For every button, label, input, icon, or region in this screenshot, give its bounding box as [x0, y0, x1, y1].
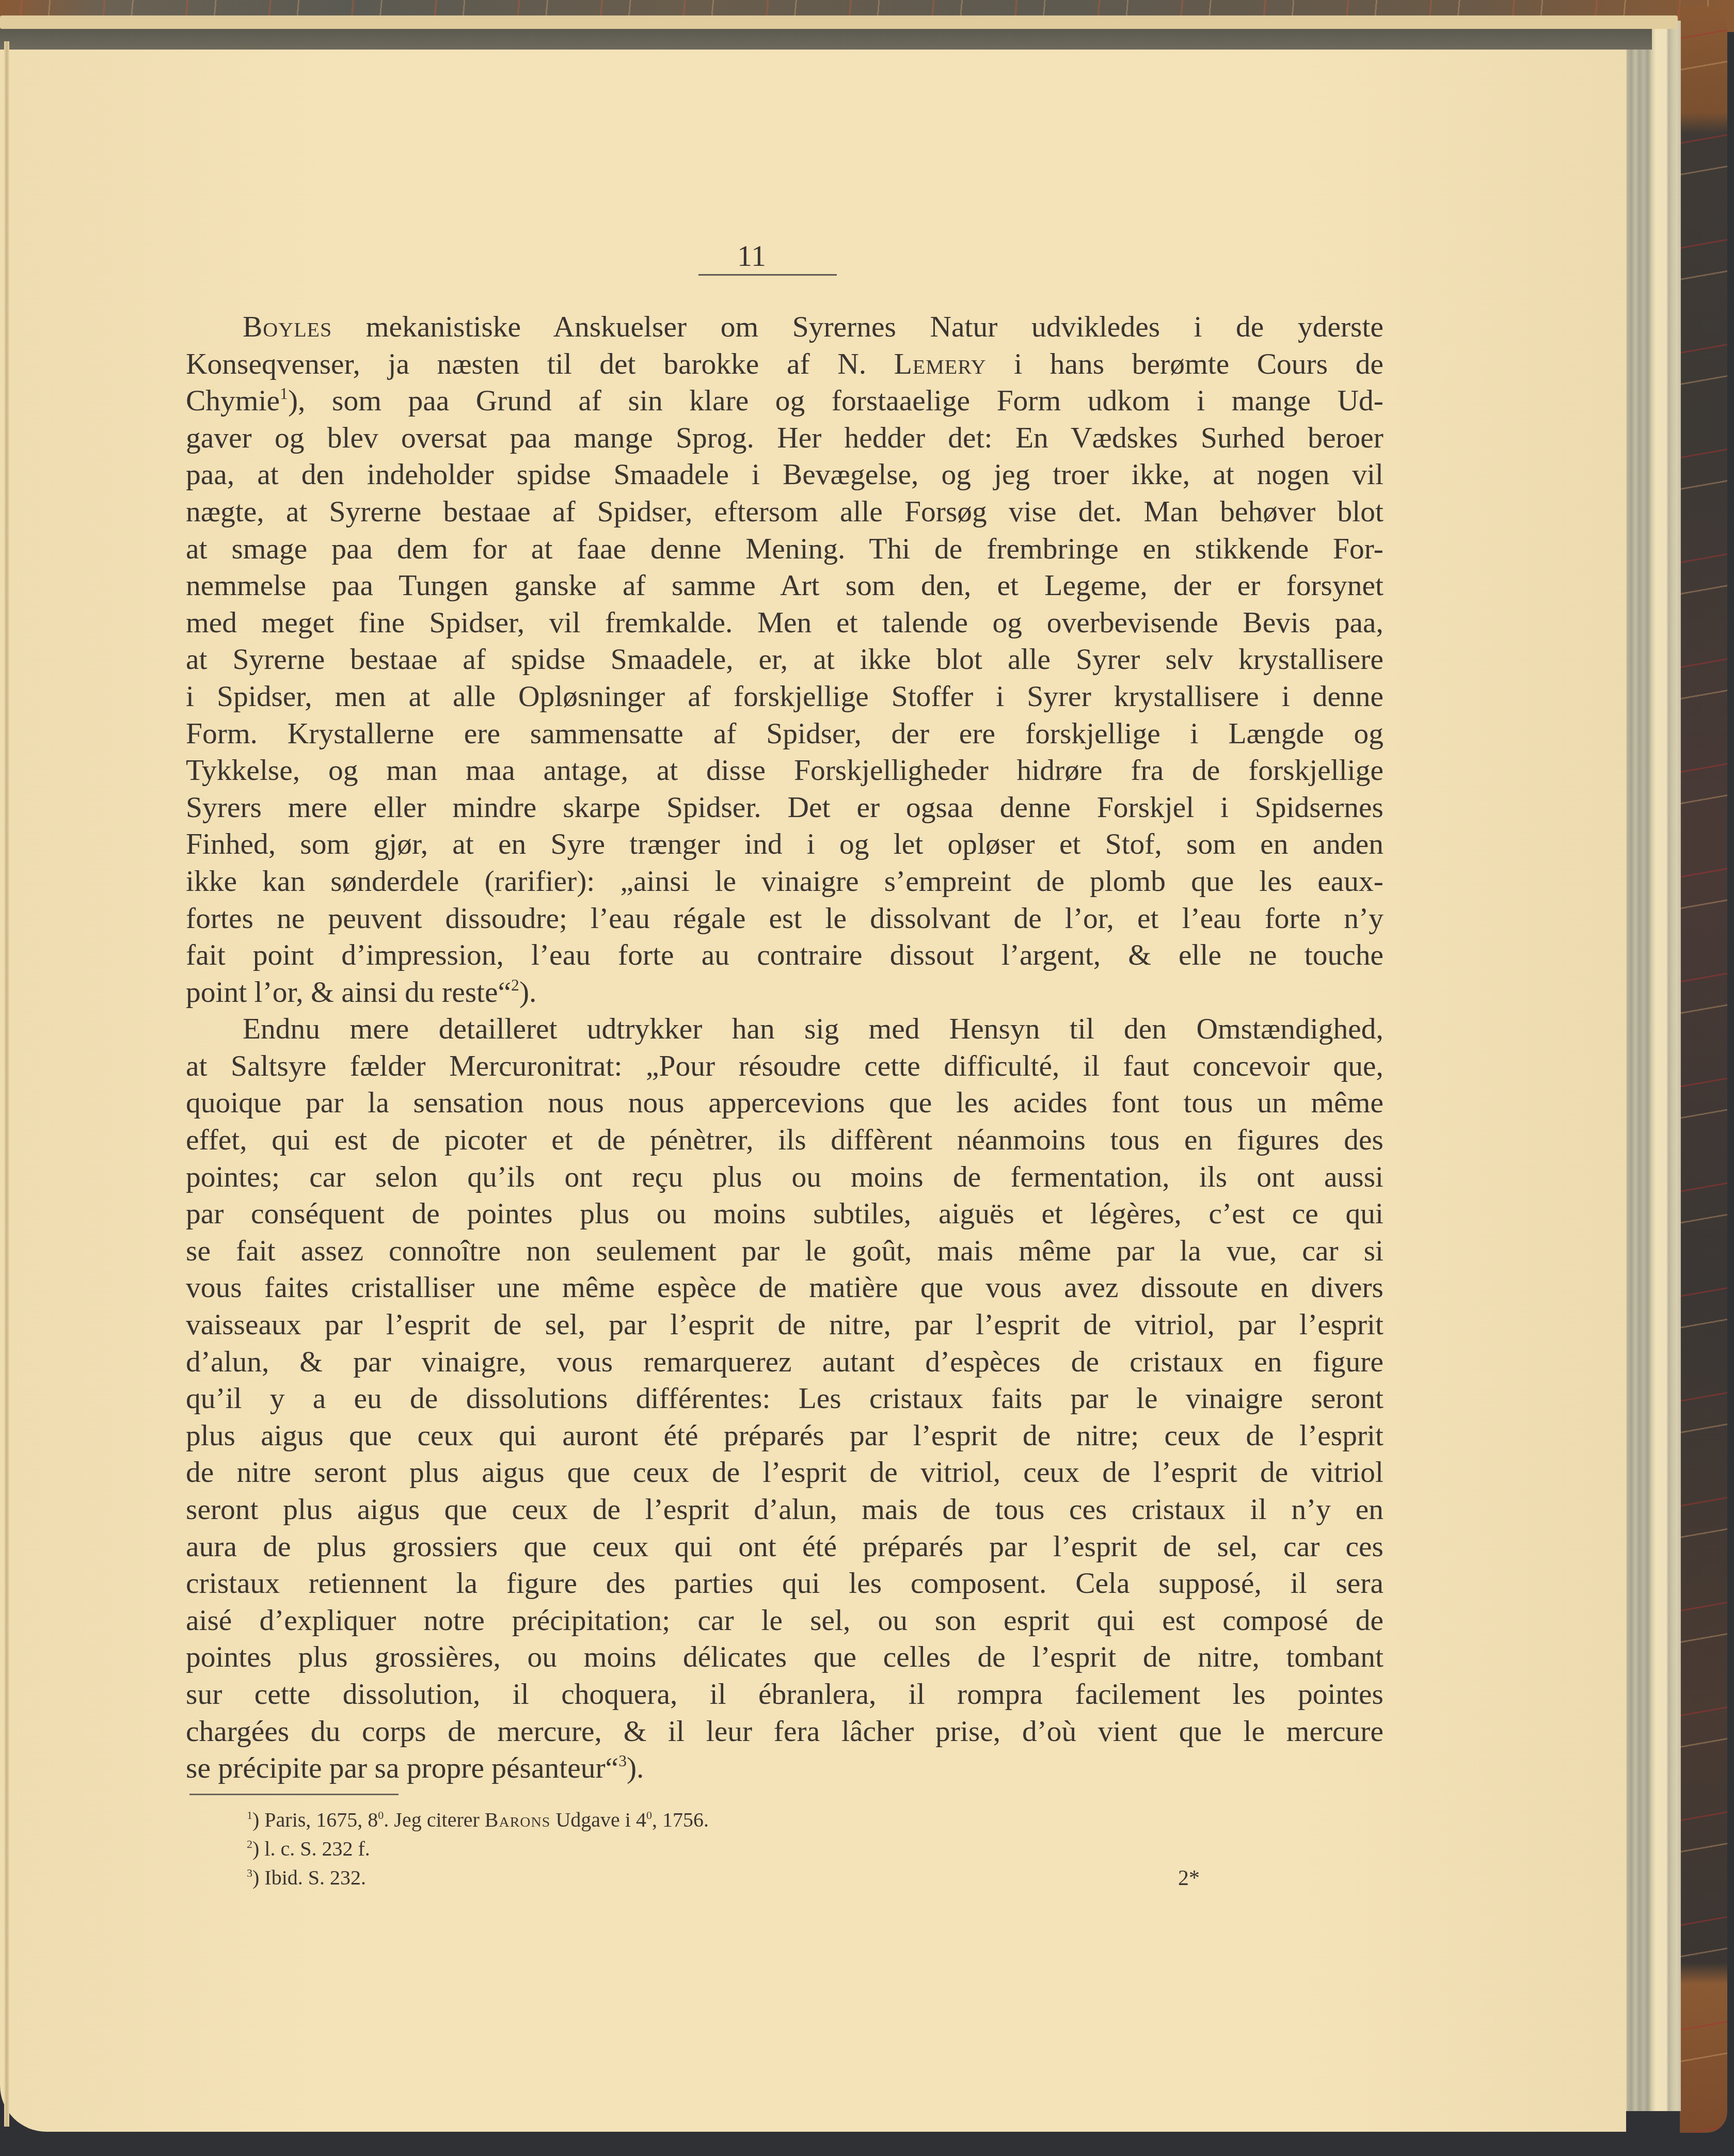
degree-mark: 0 — [646, 1809, 652, 1822]
text-line: par conséquent de pointes plus ou moins … — [186, 1195, 1383, 1233]
text-span: ) l. c. S. 232 f. — [252, 1837, 370, 1860]
text-line: fortes ne peuvent dissoudre; l’eau régal… — [186, 900, 1383, 937]
footnote-mark: 1 — [247, 1809, 252, 1822]
text-span: ) Ibid. S. 232. — [252, 1866, 366, 1889]
page-gutter-fold — [4, 41, 9, 2127]
text-span: ). — [519, 976, 537, 1009]
page-number: 11 — [700, 238, 803, 273]
author-name: Barons — [485, 1808, 551, 1831]
footnote-mark: 2 — [247, 1838, 252, 1850]
body-text: Boyles mekanistiske Anskuelser om Syrern… — [186, 309, 1383, 1787]
text-span: point l’or, & ainsi du reste“ — [186, 976, 511, 1009]
text-span: pointes; car selon qu’ils ont reçu plus … — [186, 1161, 1383, 1193]
footnote-ref: 3 — [618, 1752, 627, 1770]
text-span: qu’il y a eu de dissolutions différentes… — [186, 1382, 1383, 1415]
text-span: ) Paris, 1675, 8 — [252, 1808, 378, 1831]
text-span: , 1756. — [652, 1808, 709, 1831]
text-line: quoique par la sensation nous nous apper… — [186, 1084, 1383, 1122]
text-line: gaver og blev oversat paa mange Sprog. H… — [186, 420, 1383, 457]
text-span: mekanistiske Anskuelser om Syrernes Natu… — [332, 311, 1383, 343]
text-span: Tykkelse, og man maa antage, at disse Fo… — [186, 754, 1383, 787]
text-span: med meget fine Spidser, vil fremkalde. M… — [186, 606, 1383, 639]
text-line: Finhed, som gjør, at en Syre trænger ind… — [186, 826, 1383, 863]
text-line: nægte, at Syrerne bestaae af Spidser, ef… — [186, 493, 1383, 531]
text-line: Endnu mere detailleret udtrykker han sig… — [186, 1011, 1383, 1048]
text-span: at Saltsyre fælder Mercuronitrat: „Pour … — [186, 1050, 1383, 1082]
text-span: pointes plus grossières, ou moins délica… — [186, 1641, 1383, 1673]
text-line: Konseqvenser, ja næsten til det barokke … — [186, 346, 1383, 383]
text-line: Chymie1), som paa Grund af sin klare og … — [186, 382, 1383, 420]
text-line: med meget fine Spidser, vil fremkalde. M… — [186, 604, 1383, 642]
footnote-separator — [189, 1794, 399, 1795]
text-line: ikke kan sønderdele (rarifier): „ainsi l… — [186, 863, 1383, 900]
text-line: chargées du corps de mercure, & il leur … — [186, 1713, 1383, 1750]
text-line: at smage paa dem for at faae denne Menin… — [186, 531, 1383, 568]
footnote-ref: 2 — [511, 976, 519, 994]
text-span: at smage paa dem for at faae denne Menin… — [186, 533, 1383, 565]
text-line: d’alun, & par vinaigre, vous remarquerez… — [186, 1344, 1383, 1381]
text-line: Form. Krystallerne ere sammensatte af Sp… — [186, 715, 1383, 753]
footnote-mark: 3 — [247, 1866, 252, 1879]
text-span: quoique par la sensation nous nous apper… — [186, 1087, 1383, 1119]
text-line: aura de plus grossiers que ceux qui ont … — [186, 1528, 1383, 1566]
text-span: sur cette dissolution, il choquera, il é… — [186, 1678, 1383, 1711]
text-span: ). — [627, 1752, 644, 1784]
text-span: plus aigus que ceux qui auront été prépa… — [186, 1419, 1383, 1452]
text-line: vous faites cristalliser une même espèce… — [186, 1269, 1383, 1306]
text-span: chargées du corps de mercure, & il leur … — [186, 1715, 1383, 1748]
marbled-pattern — [1680, 6, 1727, 2133]
author-name: Lemery — [894, 348, 987, 380]
footnote-ref: 1 — [280, 385, 288, 403]
footnote: 3) Ibid. S. 232. — [247, 1863, 1176, 1892]
text-line: vaisseaux par l’esprit de sel, par l’esp… — [186, 1306, 1383, 1344]
text-span: Form. Krystallerne ere sammensatte af Sp… — [186, 717, 1383, 750]
text-span: par conséquent de pointes plus ou moins … — [186, 1197, 1383, 1230]
text-line: point l’or, & ainsi du reste“2). — [186, 974, 1383, 1011]
text-span: fortes ne peuvent dissoudre; l’eau régal… — [186, 902, 1383, 935]
footnote: 2) l. c. S. 232 f. — [247, 1834, 1176, 1863]
text-span: gaver og blev oversat paa mange Sprog. H… — [186, 422, 1383, 454]
text-span: Endnu mere detailleret udtrykker han sig… — [243, 1013, 1383, 1045]
footnote: 1) Paris, 1675, 80. Jeg citerer Barons U… — [247, 1806, 1176, 1834]
text-line: fait point d’impression, l’eau forte au … — [186, 937, 1383, 974]
text-span: paa, at den indeholder spidse Smaadele i… — [186, 458, 1383, 491]
text-span: Konseqvenser, ja næsten til det barokke … — [186, 348, 894, 380]
text-line: at Saltsyre fælder Mercuronitrat: „Pour … — [186, 1048, 1383, 1085]
text-line: paa, at den indeholder spidse Smaadele i… — [186, 456, 1383, 493]
text-line: aisé d’expliquer notre précipitation; ca… — [186, 1602, 1383, 1639]
background-bottom — [0, 2133, 1734, 2156]
text-span: Finhed, som gjør, at en Syre trænger ind… — [186, 828, 1383, 860]
page-block-edge — [1625, 21, 1681, 2111]
text-span: vous faites cristalliser une même espèce… — [186, 1271, 1383, 1304]
text-line: plus aigus que ceux qui auront été prépa… — [186, 1417, 1383, 1455]
text-span: se précipite par sa propre pésanteur“ — [186, 1752, 618, 1784]
text-span: d’alun, & par vinaigre, vous remarquerez… — [186, 1346, 1383, 1378]
text-span: fait point d’impression, l’eau forte au … — [186, 939, 1383, 971]
author-name: Boyles — [243, 311, 332, 343]
text-span: se fait assez connoître non seulement pa… — [186, 1235, 1383, 1267]
text-span: nægte, at Syrerne bestaae af Spidser, ef… — [186, 496, 1383, 528]
footnotes: 1) Paris, 1675, 80. Jeg citerer Barons U… — [247, 1806, 1176, 1892]
text-span: Udgave i 4 — [550, 1808, 646, 1831]
text-line: Syrers mere eller mindre skarpe Spidser.… — [186, 789, 1383, 826]
text-line: Tykkelse, og man maa antage, at disse Fo… — [186, 752, 1383, 789]
text-line: i Spidser, men at alle Opløsninger af fo… — [186, 678, 1383, 715]
signature-mark: 2* — [1178, 1866, 1200, 1891]
text-span: aisé d’expliquer notre précipitation; ca… — [186, 1604, 1383, 1637]
degree-mark: 0 — [378, 1809, 384, 1822]
text-span: seront plus aigus que ceux de l’esprit d… — [186, 1493, 1383, 1526]
book-cover-right-board — [1680, 6, 1727, 2133]
text-line: cristaux retiennent la figure des partie… — [186, 1565, 1383, 1602]
text-line: de nitre seront plus aigus que ceux de l… — [186, 1454, 1383, 1491]
text-span: aura de plus grossiers que ceux qui ont … — [186, 1530, 1383, 1563]
text-line: pointes; car selon qu’ils ont reçu plus … — [186, 1159, 1383, 1196]
text-line: pointes plus grossières, ou moins délica… — [186, 1639, 1383, 1676]
text-span: effet, qui est de picoter et de pénètrer… — [186, 1124, 1383, 1156]
text-span: at Syrerne bestaae af spidse Smaadele, e… — [186, 643, 1383, 676]
text-span: nemmelse paa Tungen ganske af samme Art … — [186, 569, 1383, 602]
text-span: i Spidser, men at alle Opløsninger af fo… — [186, 680, 1383, 713]
page-top-edge — [0, 15, 1678, 29]
text-span: vaisseaux par l’esprit de sel, par l’esp… — [186, 1308, 1383, 1341]
text-span: ), som paa Grund af sin klare og forstaa… — [288, 385, 1383, 417]
text-line: se fait assez connoître non seulement pa… — [186, 1233, 1383, 1270]
text-line: Boyles mekanistiske Anskuelser om Syrern… — [186, 309, 1383, 346]
text-line: nemmelse paa Tungen ganske af samme Art … — [186, 567, 1383, 604]
text-line: sur cette dissolution, il choquera, il é… — [186, 1676, 1383, 1713]
text-line: se précipite par sa propre pésanteur“3). — [186, 1750, 1383, 1787]
text-span: . Jeg citerer — [384, 1808, 484, 1831]
text-span: Chymie — [186, 385, 280, 417]
text-span: i hans berømte Cours de — [987, 348, 1383, 380]
text-line: at Syrerne bestaae af spidse Smaadele, e… — [186, 641, 1383, 678]
text-line: qu’il y a eu de dissolutions différentes… — [186, 1380, 1383, 1417]
page-number-rule — [698, 274, 837, 276]
text-span: ikke kan sønderdele (rarifier): „ainsi l… — [186, 865, 1383, 898]
text-line: seront plus aigus que ceux de l’esprit d… — [186, 1491, 1383, 1528]
text-span: cristaux retiennent la figure des partie… — [186, 1567, 1383, 1600]
text-line: effet, qui est de picoter et de pénètrer… — [186, 1122, 1383, 1159]
page-top-shadow — [0, 29, 1652, 50]
text-span: de nitre seront plus aigus que ceux de l… — [186, 1456, 1383, 1489]
text-span: Syrers mere eller mindre skarpe Spidser.… — [186, 791, 1383, 824]
